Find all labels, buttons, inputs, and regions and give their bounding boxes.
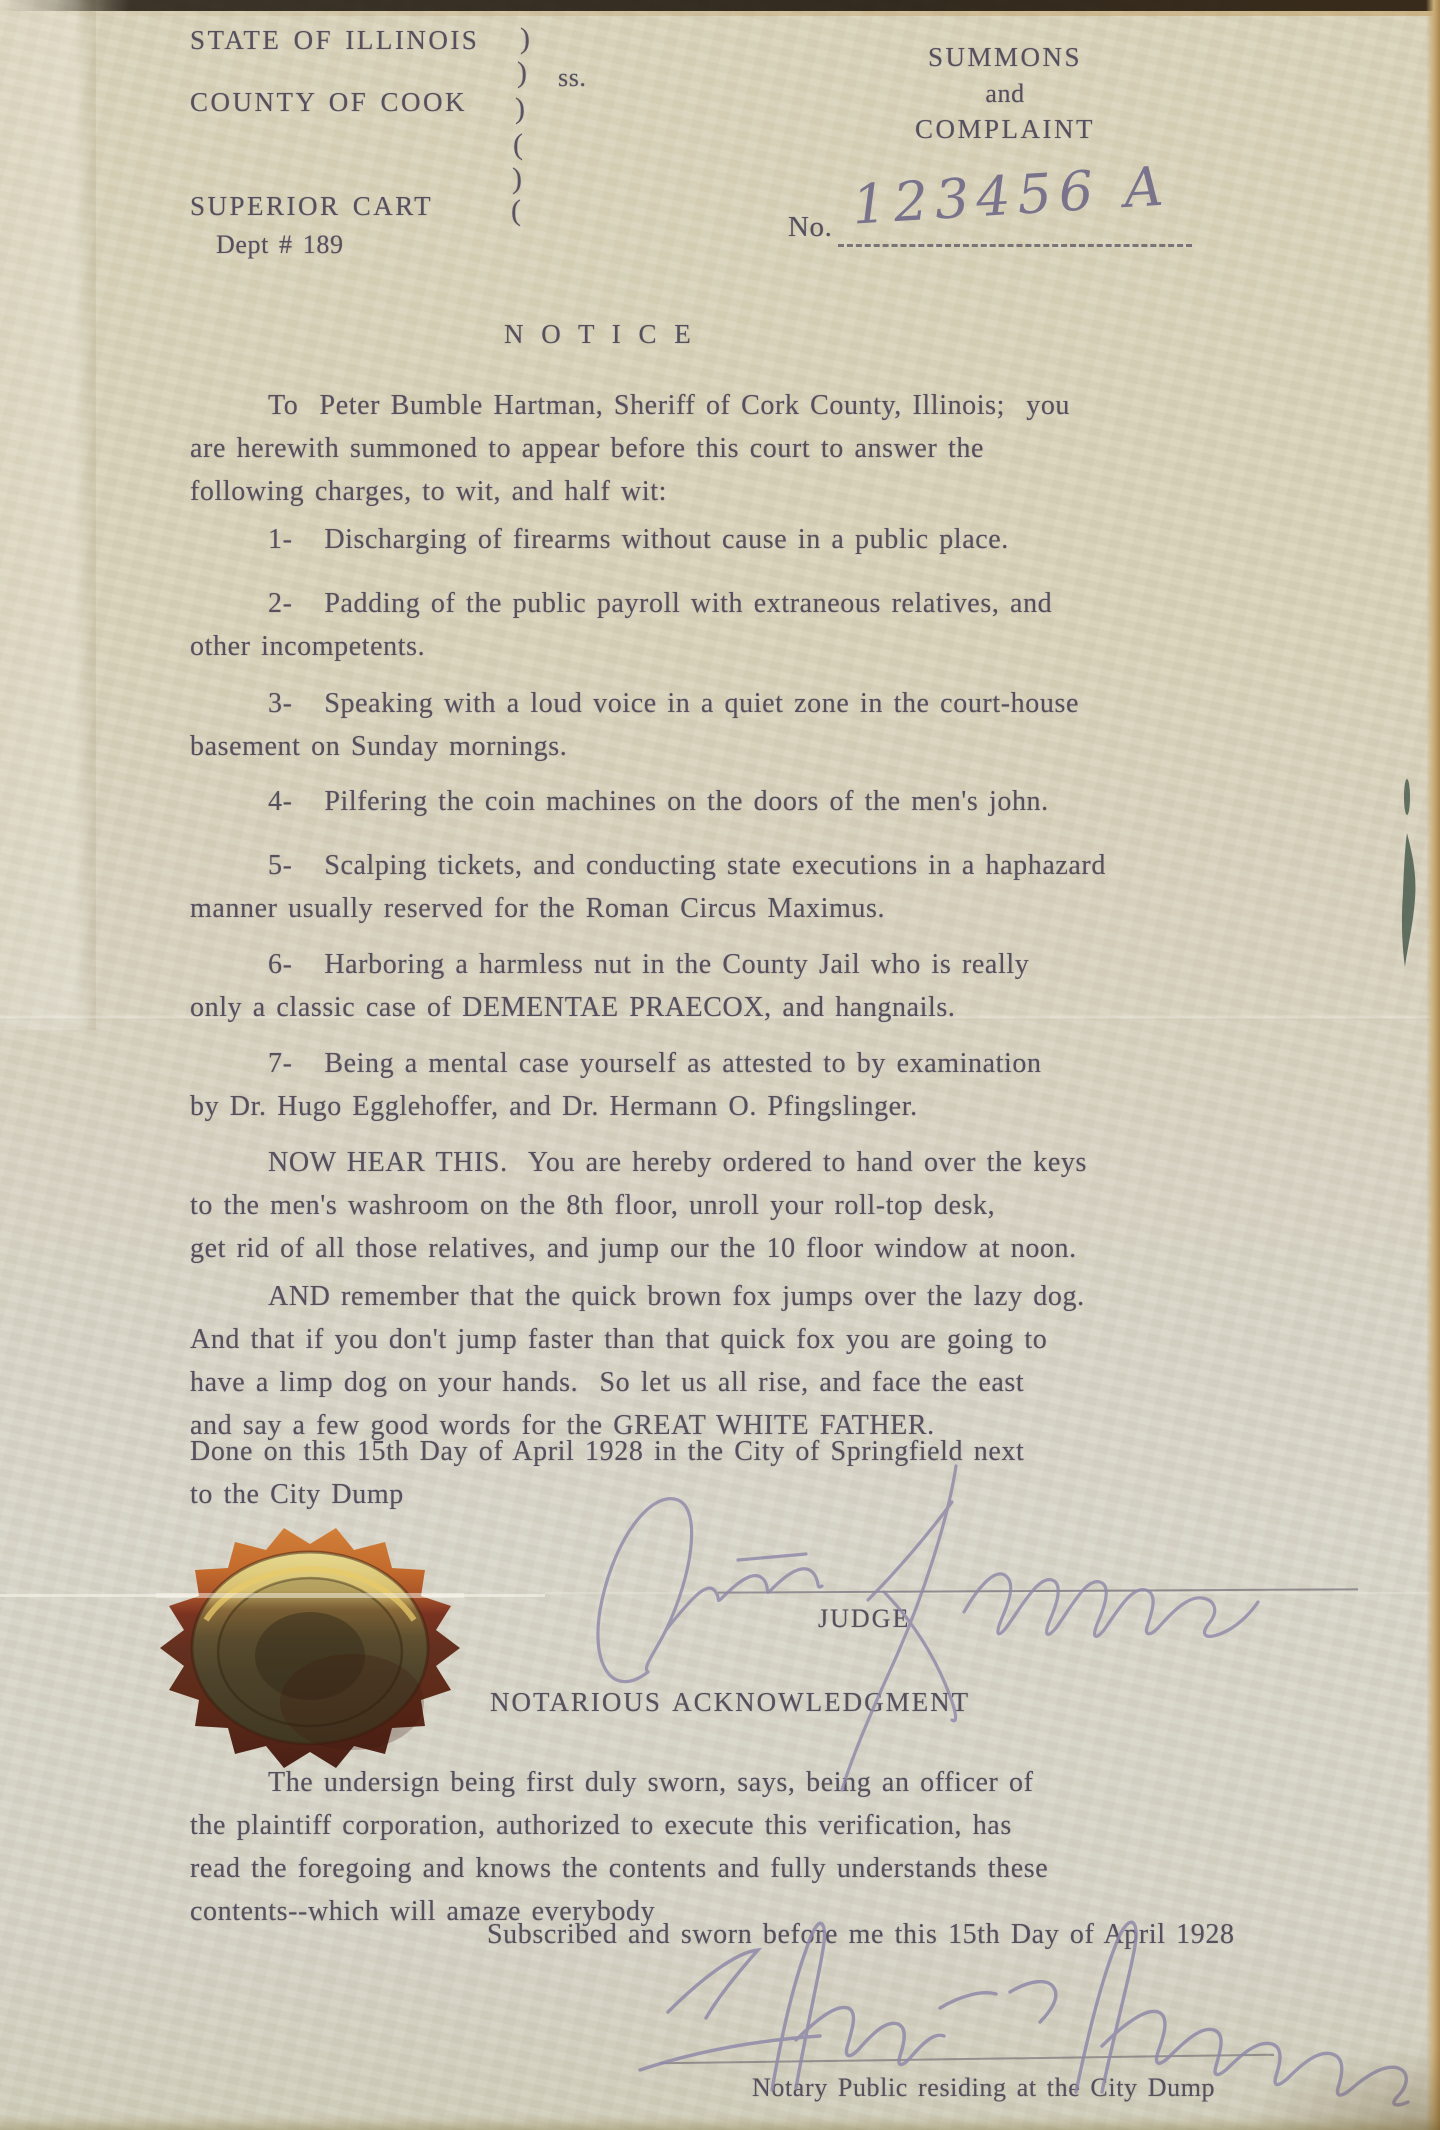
case-number-label: No. — [788, 206, 833, 249]
done-on-paragraph: Done on this 15th Day of April 1928 in t… — [190, 1430, 1320, 1516]
bracket-glyph: ) — [517, 56, 527, 90]
bracket-glyph: ) — [512, 162, 522, 196]
charge-3: 3- Speaking with a loud voice in a quiet… — [190, 682, 1320, 768]
header-dept: Dept # 189 — [216, 223, 344, 266]
notary-signature-line — [660, 2054, 1274, 2065]
judge-signature-line — [718, 1588, 1358, 1593]
seal-crease-line — [156, 1593, 464, 1598]
and-remember-paragraph: AND remember that the quick brown fox ju… — [190, 1275, 1320, 1447]
photo-top-edge-tan — [0, 11, 1440, 16]
photo-top-edge — [0, 0, 1440, 11]
doc-title-and: and — [880, 76, 1130, 111]
sworn-line: Subscribed and sworn before me this 15th… — [487, 1913, 1235, 1956]
doc-title-complaint: COMPLAINT — [880, 112, 1130, 147]
seal-center — [255, 1612, 365, 1700]
bracket-glyph: ) — [520, 22, 530, 56]
charge-1: 1- Discharging of firearms without cause… — [190, 518, 1320, 561]
now-hear-paragraph: NOW HEAR THIS. You are hereby ordered to… — [190, 1141, 1320, 1270]
header-county: COUNTY OF COOK — [190, 86, 467, 118]
bracket-glyph: ) — [515, 92, 525, 126]
seal-middle-ring — [218, 1578, 402, 1726]
bracket-glyph: ( — [511, 194, 521, 228]
seal-dark-blotch — [280, 1654, 424, 1750]
green-ink-smudge — [1393, 775, 1427, 985]
charge-5: 5- Scalping tickets, and conducting stat… — [190, 844, 1320, 930]
charge-4: 4- Pilfering the coin machines on the do… — [190, 780, 1320, 823]
horizontal-fold-crease-lower-left — [0, 1594, 545, 1597]
judge-label: JUDGE — [818, 1597, 910, 1640]
notary-foil-seal — [156, 1520, 464, 1772]
charge-2: 2- Padding of the public payroll with ex… — [190, 582, 1320, 668]
paper-right-edge — [1426, 0, 1440, 2130]
charge-7: 7- Being a mental case yourself as attes… — [190, 1042, 1320, 1128]
header-court: SUPERIOR CART — [190, 190, 433, 222]
doc-title-summons: SUMMONS — [880, 40, 1130, 75]
charge-6: 6- Harboring a harmless nut in the Count… — [190, 943, 1320, 1029]
header-state: STATE OF ILLINOIS — [190, 24, 479, 56]
seal-inner-disc — [192, 1552, 428, 1744]
notice-title: N O T I C E — [504, 318, 695, 350]
summons-document-page: STATE OF ILLINOIS COUNTY OF COOK SUPERIO… — [0, 0, 1440, 2130]
acknowledgment-body: The undersign being first duly sworn, sa… — [190, 1761, 1320, 1933]
notary-public-label: Notary Public residing at the City Dump — [752, 2066, 1215, 2109]
horizontal-fold-crease-lower-right — [545, 1592, 1440, 1594]
paper-bottom-edge — [0, 2114, 1440, 2130]
left-fold-crease — [0, 0, 96, 1030]
header-ss: ss. — [558, 56, 587, 99]
bracket-glyph: ( — [513, 128, 523, 162]
acknowledgment-title: NOTARIOUS ACKNOWLEDGMENT — [490, 1686, 970, 1718]
seal-scalloped-edge — [160, 1528, 460, 1768]
notice-intro: To Peter Bumble Hartman, Sheriff of Cork… — [190, 384, 1320, 513]
seal-gold-arc — [206, 1569, 414, 1620]
